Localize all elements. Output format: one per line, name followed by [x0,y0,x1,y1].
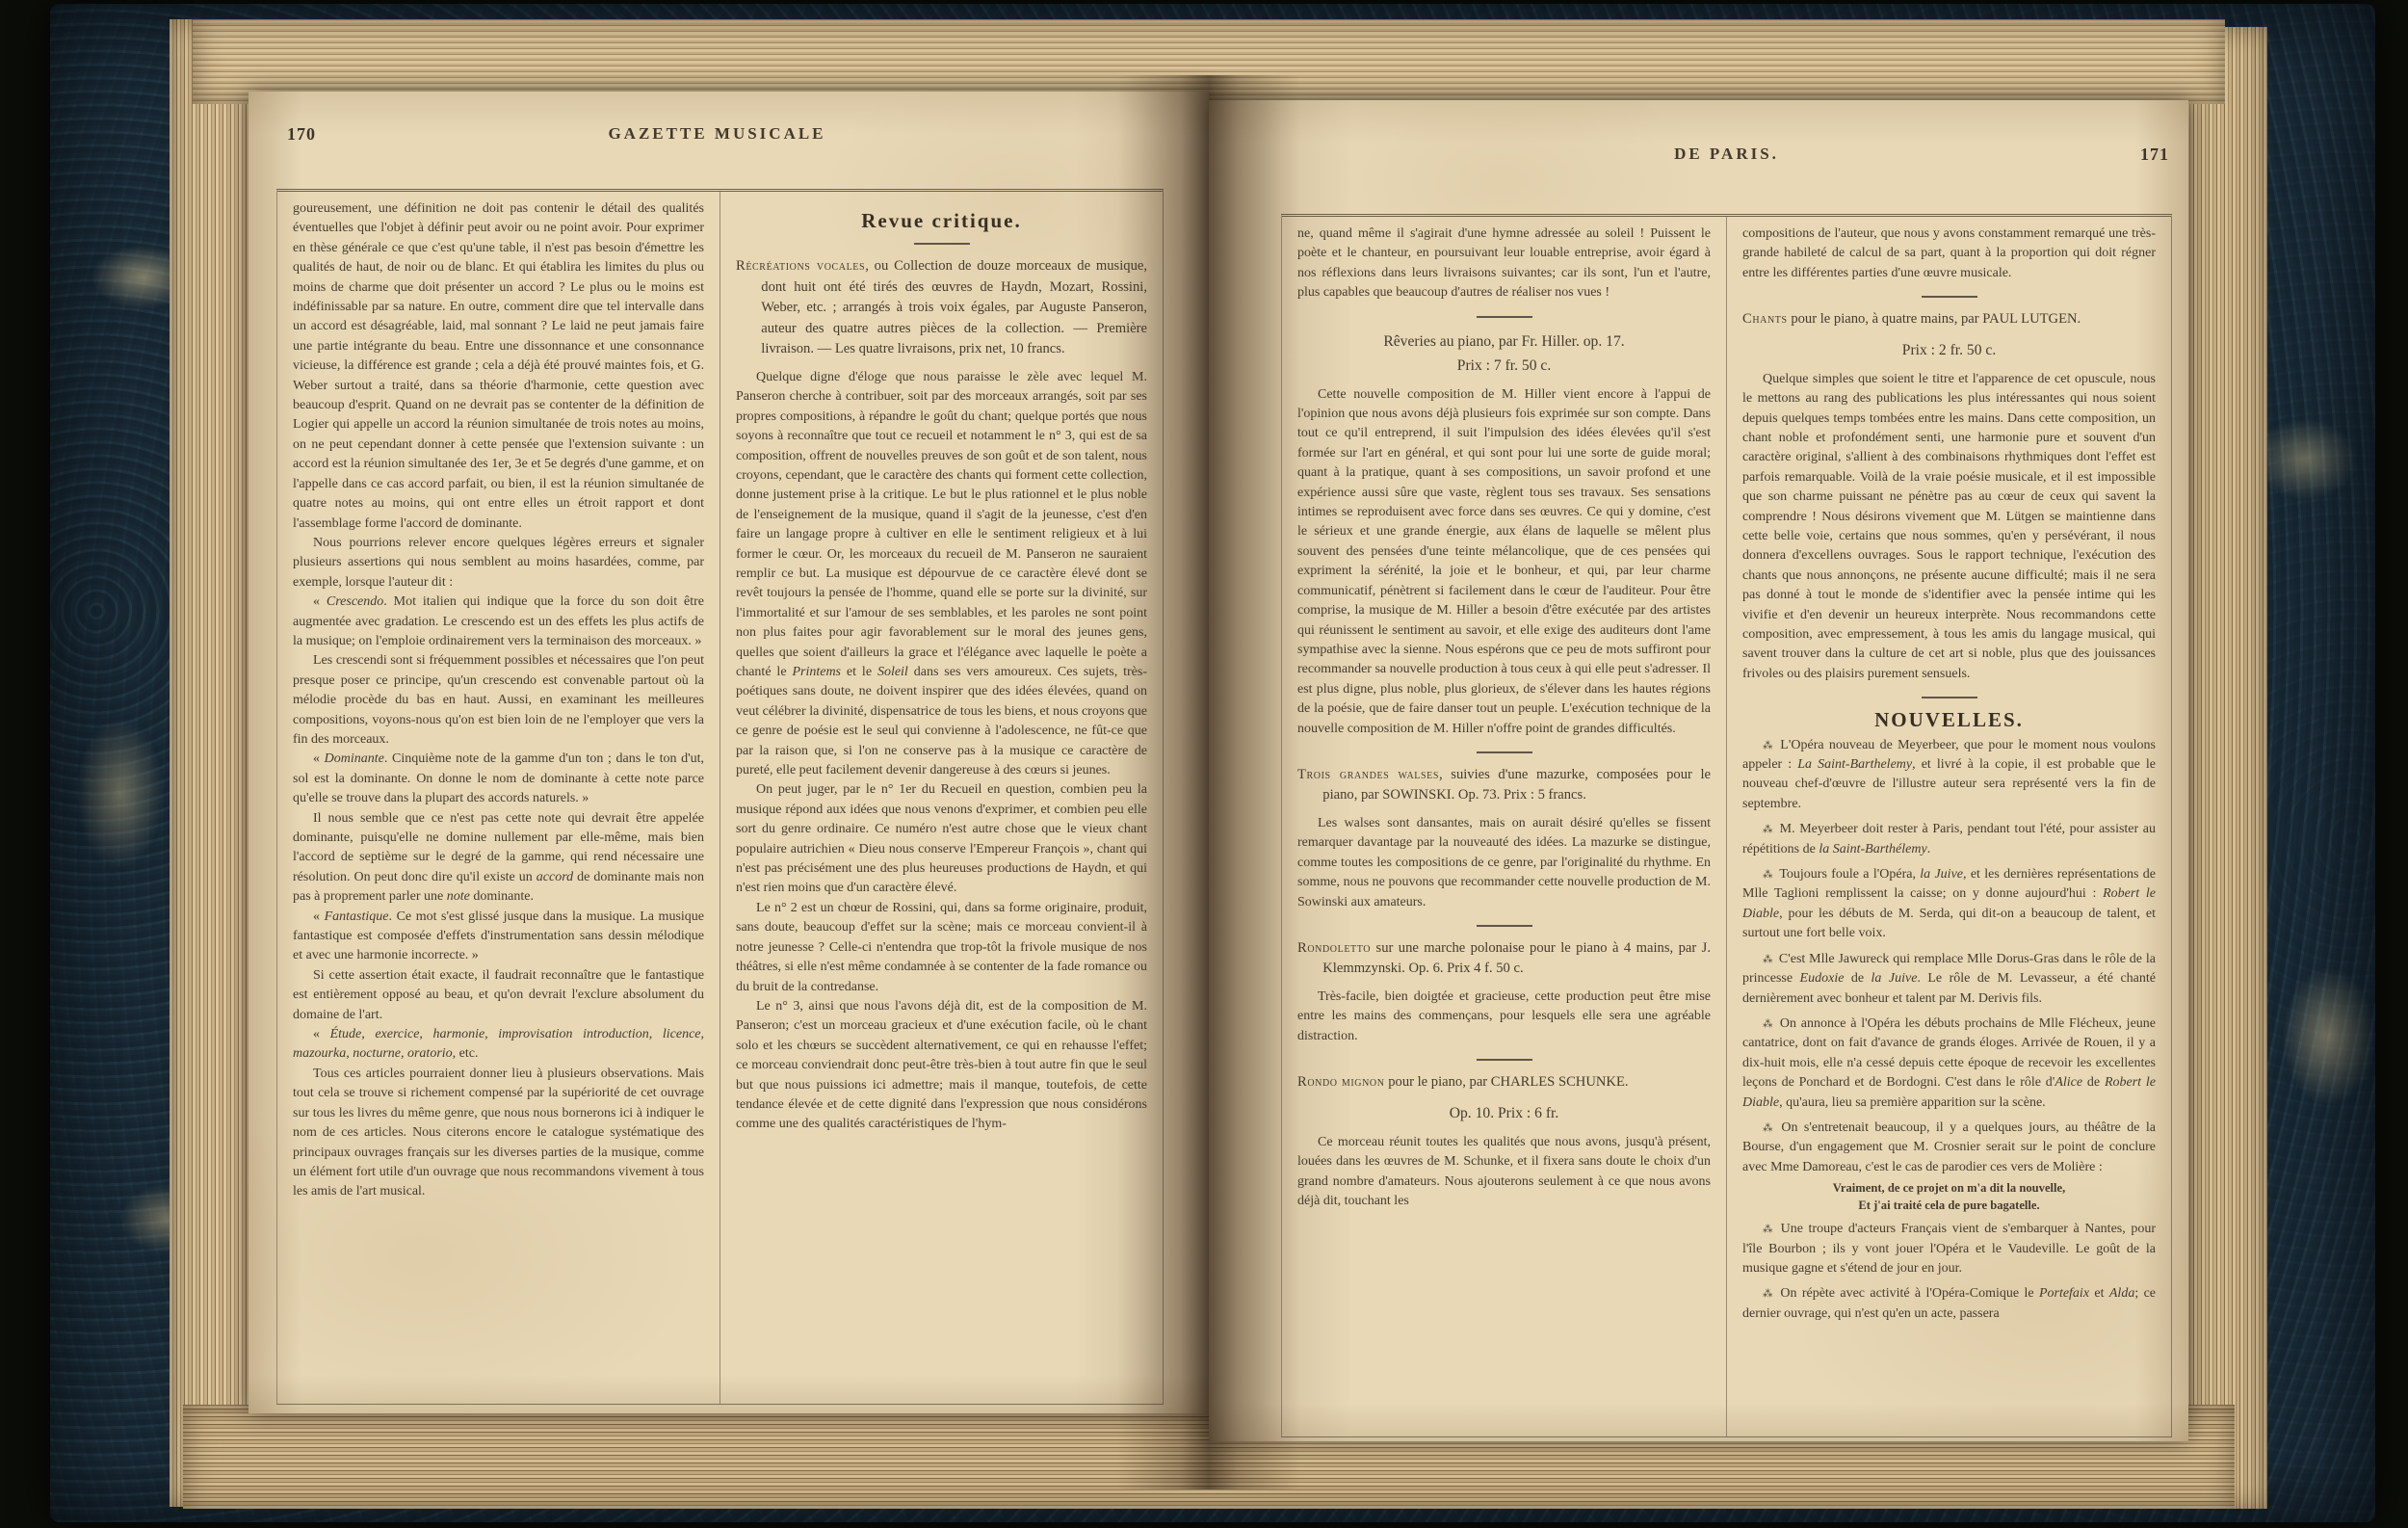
paragraph: Nous pourrions relever encore quelques l… [293,534,704,593]
paragraph: compositions de l'auteur, que nous y avo… [1742,224,2156,283]
small-caps-lead: Rondoletto [1297,940,1371,956]
piece-notice: Chants pour le piano, à quatre mains, pa… [1742,309,2156,330]
left-column-1: goureusement, une définition ne doit pas… [277,192,720,1404]
piece-heading-line: Rêveries au piano, par Fr. Hiller. op. 1… [1297,329,1711,354]
piece-notice: Trois grandes walses, suivies d'une mazu… [1297,765,1711,806]
paragraph: Le n° 3, ainsi que nous l'avons déjà dit… [736,997,1147,1135]
piece-heading: Rêveries au piano, par Fr. Hiller. op. 1… [1297,329,1711,378]
asterism-icon: ⁂ [1763,954,1779,965]
piece-heading-line: Prix : 7 fr. 50 c. [1297,354,1711,378]
asterism-icon: ⁂ [1763,1018,1780,1030]
piece-notice: Récréations vocales, ou Collection de do… [736,256,1147,360]
paragraph: Cette nouvelle composition de M. Hiller … [1297,385,1711,739]
separator-rule [1477,925,1532,927]
paragraph: « Fantastique. Ce mot s'est glissé jusqu… [293,908,704,966]
paragraph: « Crescendo. Mot italien qui indique que… [293,593,704,651]
news-item: ⁂C'est Mlle Jawureck qui remplace Mlle D… [1742,950,2156,1009]
news-item: ⁂Toujours foule a l'Opéra, la Juive, et … [1742,865,2156,944]
paragraph: « Dominante. Cinquième note de la gamme … [293,750,704,808]
page-edges-right [2179,27,2267,1509]
left-text-frame: goureusement, une définition ne doit pas… [276,189,1164,1405]
asterism-icon: ⁂ [1763,869,1779,881]
section-title: NOUVELLES. [1742,710,2156,729]
right-column-2: compositions de l'auteur, que nous y avo… [1726,217,2171,1436]
asterism-icon: ⁂ [1763,740,1780,751]
separator-rule [1477,1059,1532,1061]
separator-rule [1477,316,1532,318]
paragraph: Les walses sont dansantes, mais on aurai… [1297,814,1711,912]
separator-rule [914,243,970,245]
left-page: 170 GAZETTE MUSICALE goureusement, une d… [249,92,1209,1413]
verse-line: Et j'ai traité cela de pure bagatelle. [1742,1198,2156,1215]
news-item: ⁂On répète avec activité à l'Opéra-Comiq… [1742,1284,2156,1324]
piece-notice: Rondoletto sur une marche polonaise pour… [1297,938,1711,980]
paragraph: Quelque digne d'éloge que nous paraisse … [736,368,1147,781]
paragraph: « Étude, exercice, harmonie, improvisati… [293,1025,704,1065]
news-item: ⁂On annonce à l'Opéra les débuts prochai… [1742,1014,2156,1113]
left-running-title: GAZETTE MUSICALE [287,124,1147,144]
right-text-frame: ne, quand même il s'agirait d'une hymne … [1281,214,2172,1437]
paragraph: Si cette assertion était exacte, il faud… [293,966,704,1025]
paragraph: Tous ces articles pourraient donner lieu… [293,1065,704,1202]
news-item: ⁂Une troupe d'acteurs Français vient de … [1742,1220,2156,1278]
small-caps-lead: Chants [1742,311,1788,327]
small-caps-lead: Récréations vocales [736,258,865,274]
asterism-icon: ⁂ [1763,1288,1780,1300]
news-item: ⁂On s'entretenait beaucoup, il y a quelq… [1742,1119,2156,1177]
paragraph: Très-facile, bien doigtée et gracieuse, … [1297,988,1711,1046]
paragraph: On peut juger, par le n° 1er du Recueil … [736,780,1147,898]
separator-rule [1922,296,1977,298]
small-caps-lead: Rondo mignon [1297,1074,1385,1090]
paragraph: Quelque simples que soient le titre et l… [1742,370,2156,685]
piece-heading-line: Prix : 2 fr. 50 c. [1742,338,2156,362]
paragraph: Le n° 2 est un chœur de Rossini, qui, da… [736,899,1147,997]
news-item: ⁂L'Opéra nouveau de Meyerbeer, que pour … [1742,736,2156,815]
paragraph: goureusement, une définition ne doit pas… [293,199,704,534]
paragraph: Il nous semble que ce n'est pas cette no… [293,809,704,908]
asterism-icon: ⁂ [1763,824,1780,835]
right-page-header: DE PARIS. 171 [1284,145,2169,165]
asterism-icon: ⁂ [1763,1224,1781,1235]
right-column-1: ne, quand même il s'agirait d'une hymne … [1282,217,1726,1436]
section-title: Revue critique. [736,211,1147,230]
asterism-icon: ⁂ [1763,1122,1781,1134]
news-item: ⁂M. Meyerbeer doit rester à Paris, penda… [1742,820,2156,859]
right-page: DE PARIS. 171 ne, quand même il s'agirai… [1209,100,2188,1441]
piece-heading: Prix : 2 fr. 50 c. [1742,338,2156,362]
piece-heading-line: Op. 10. Prix : 6 fr. [1297,1101,1711,1125]
separator-rule [1922,697,1977,698]
separator-rule [1477,751,1532,753]
left-page-header: 170 GAZETTE MUSICALE [287,124,1147,145]
verse-quote: Vraiment, de ce projet on m'a dit la nou… [1742,1180,2156,1214]
paragraph: ne, quand même il s'agirait d'une hymne … [1297,224,1711,303]
book-scan: 170 GAZETTE MUSICALE goureusement, une d… [0,0,2408,1528]
left-column-2: Revue critique.Récréations vocales, ou C… [720,192,1163,1404]
piece-notice: Rondo mignon pour le piano, par CHARLES … [1297,1072,1711,1093]
paragraph: Les crescendi sont si fréquemment possib… [293,651,704,750]
verse-line: Vraiment, de ce projet on m'a dit la nou… [1742,1180,2156,1198]
paragraph: Ce morceau réunit toutes les qualités qu… [1297,1133,1711,1212]
right-running-title: DE PARIS. [1284,145,2169,164]
small-caps-lead: Trois grandes walses [1297,767,1439,782]
piece-heading: Op. 10. Prix : 6 fr. [1297,1101,1711,1125]
page-edges-left [170,19,258,1507]
